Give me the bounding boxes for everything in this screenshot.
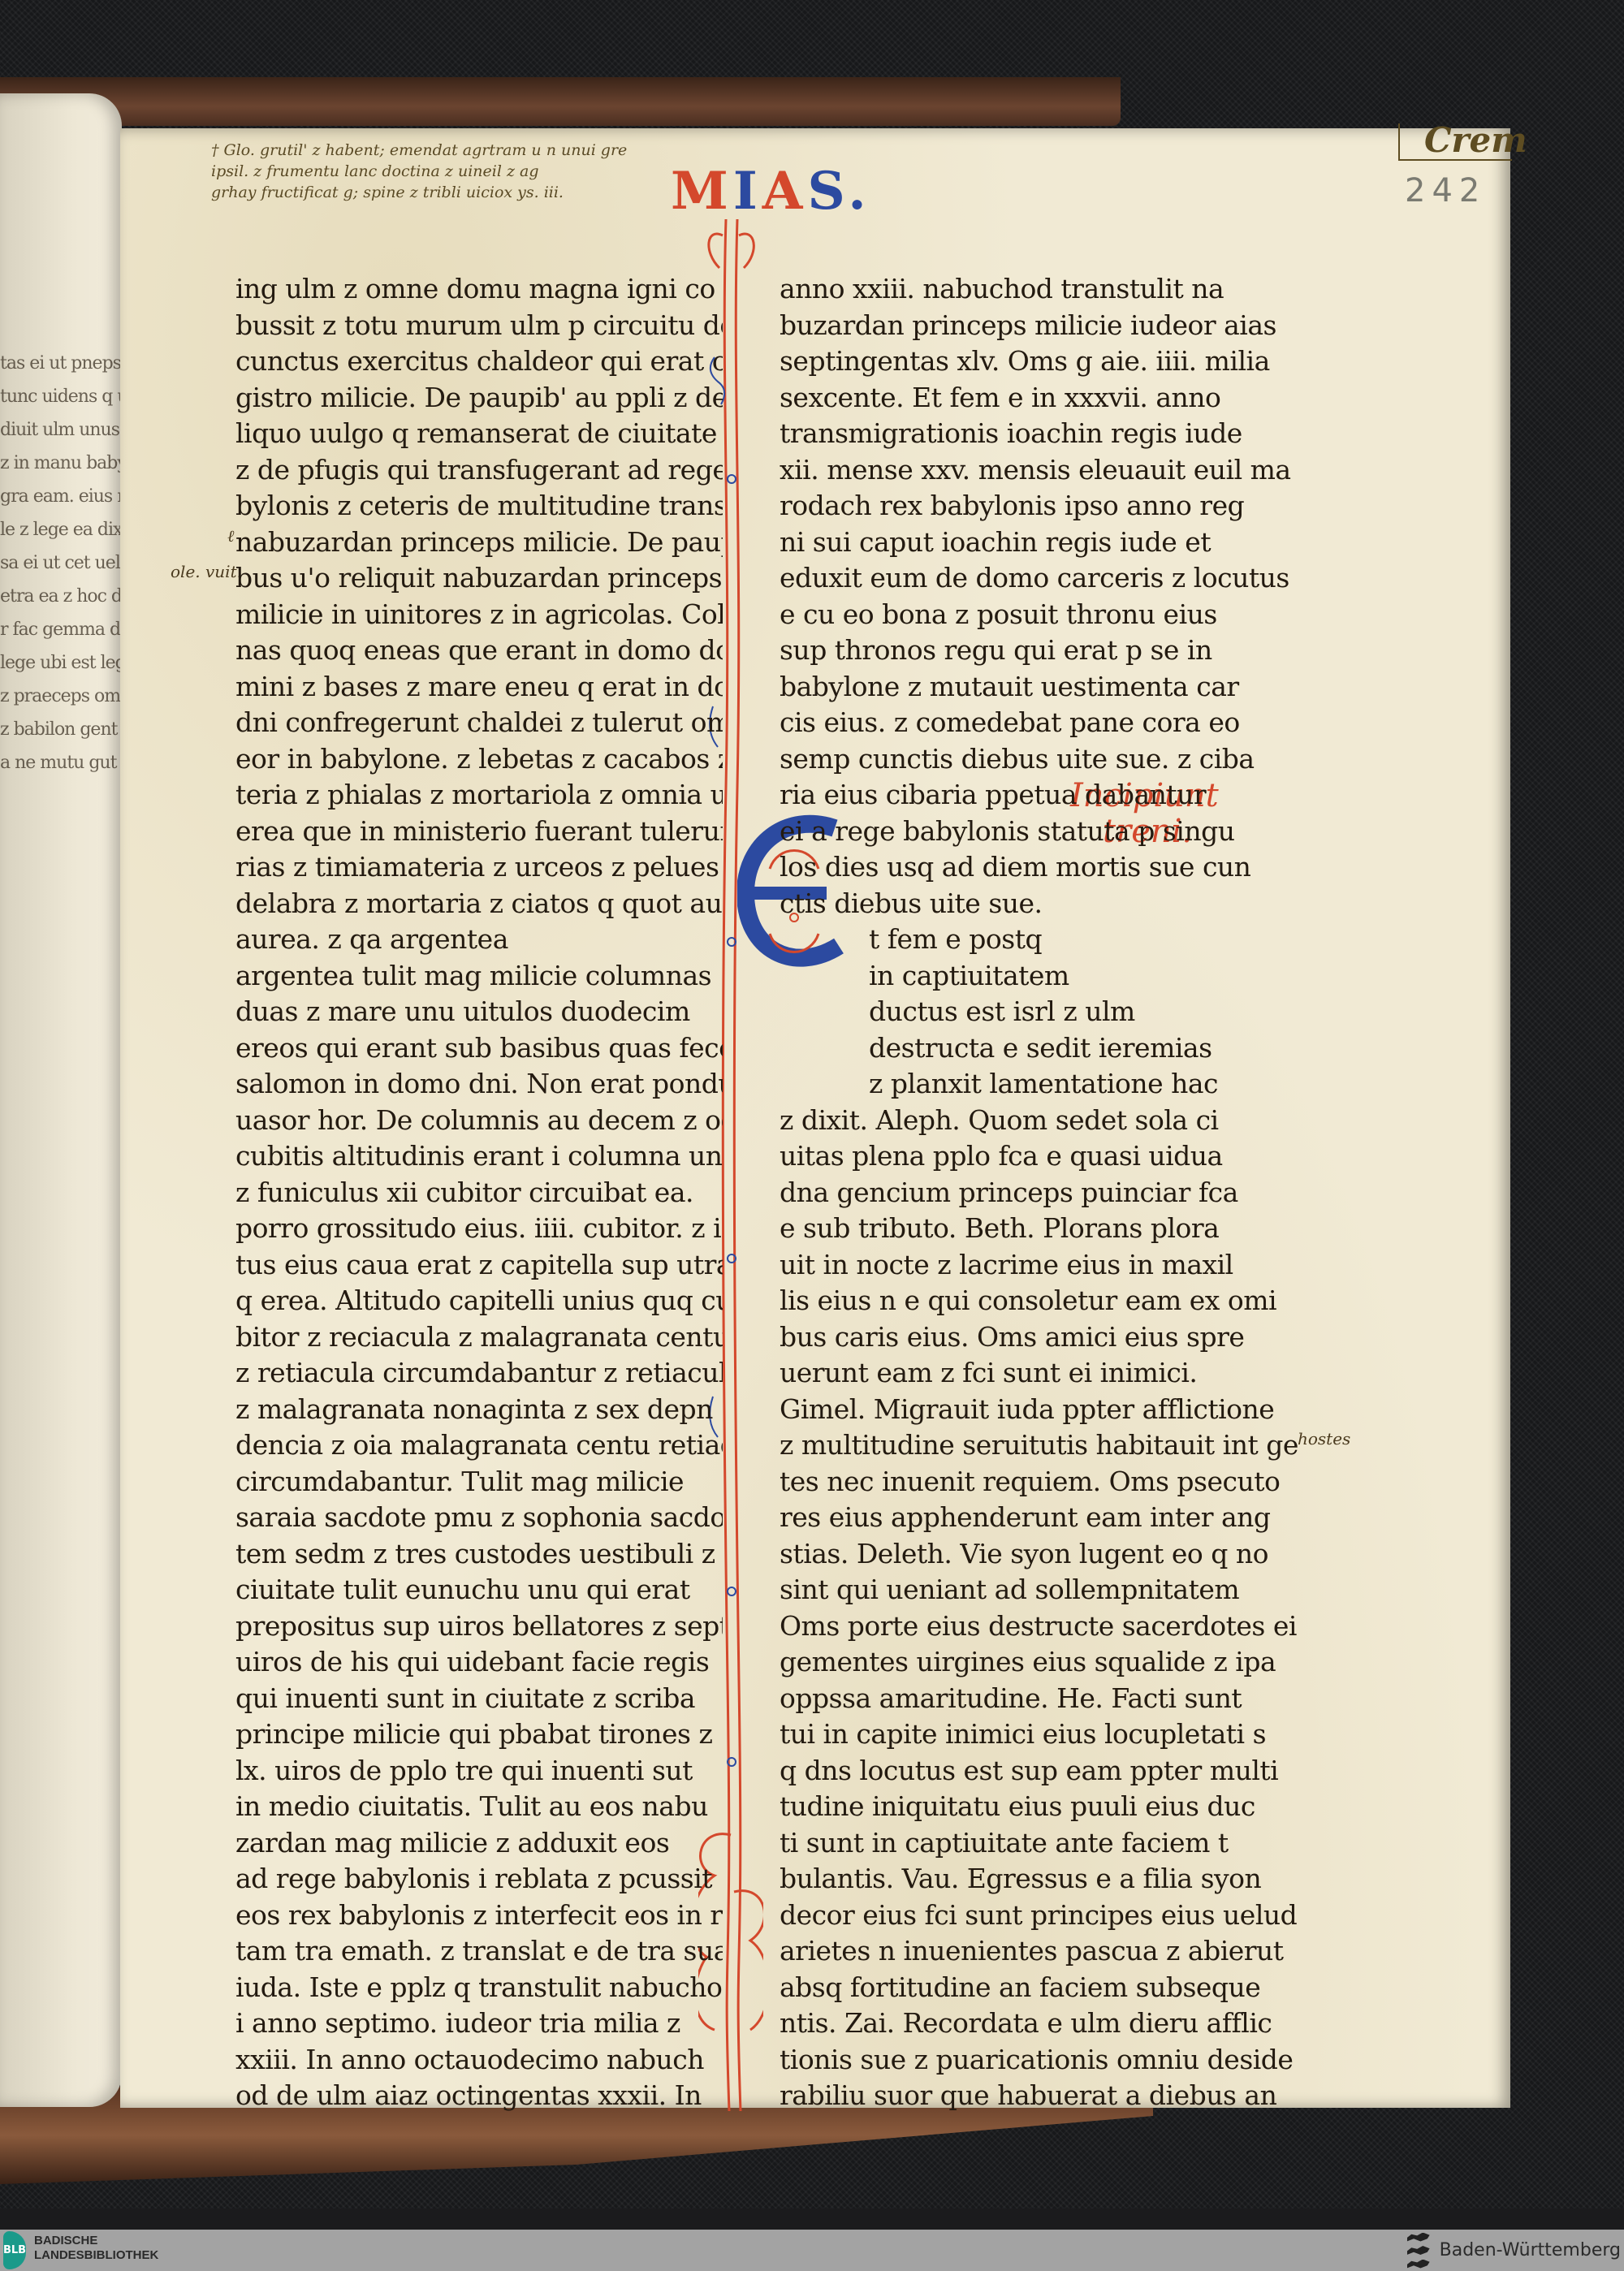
text-line: tunc uidens q uenturu xyxy=(0,386,122,414)
text-line: nabuzardan princeps milicie. De paupi xyxy=(235,525,723,561)
text-line: ing ulm z omne domu magna igni co xyxy=(235,271,723,308)
text-line: Oms porte eius destructe sacerdotes ei xyxy=(780,1608,1299,1645)
text-line: babylone z mutauit uestimenta car xyxy=(780,669,1299,706)
text-line: buzardan princeps milicie iudeor aias xyxy=(780,308,1299,344)
text-line: i anno septimo. iudeor tria milia z xyxy=(235,2005,723,2042)
text-line: stias. Deleth. Vie syon lugent eo q no xyxy=(780,1536,1299,1573)
text-line: le z lege ea dixe. D xyxy=(0,520,122,547)
text-line: z praeceps omin uxdes xyxy=(0,686,122,714)
library-name[interactable]: BADISCHE LANDESBIBLIOTHEK xyxy=(34,2234,158,2263)
text-line: aurea. z qa argentea xyxy=(235,922,723,958)
text-line: ni sui caput ioachin regis iude et xyxy=(780,525,1299,561)
text-column-right: anno xxiii. nabuchod transtulit nabuzard… xyxy=(780,271,1299,2114)
text-line: duas z mare unu uitulos duodecim xyxy=(235,994,723,1030)
text-line: erea que in ministerio fuerant tulerunt … xyxy=(235,814,723,850)
facing-page-text: tas ei ut pneps pphettunc uidens q uentu… xyxy=(0,353,122,786)
text-line: lis eius n e qui consoletur eam ex omi xyxy=(780,1283,1299,1319)
text-line: liquo uulgo q remanserat de ciuitate xyxy=(235,416,723,452)
text-line: Gimel. Migrauit iuda ppter afflictione xyxy=(780,1392,1299,1428)
text-line: eos rex babylonis z interfecit eos in re… xyxy=(235,1898,723,1934)
text-line: milicie in uinitores z in agricolas. Col… xyxy=(235,597,723,633)
viewer-footer: BLB BADISCHE LANDESBIBLIOTHEK Baden-Würt… xyxy=(0,2230,1624,2271)
shelfmark-text: Crem xyxy=(1424,120,1527,160)
text-line: z de pfugis qui transfugerant ad rege ba xyxy=(235,452,723,489)
library-name-line1: BADISCHE xyxy=(34,2234,158,2248)
text-line: in captiuitatem xyxy=(780,958,1299,995)
text-line: bus u'o reliquit nabuzardan princeps xyxy=(235,560,723,597)
text-line: saraia sacdote pmu z sophonia sacdo xyxy=(235,1500,723,1536)
text-line: e sub tributo. Beth. Plorans plora xyxy=(780,1211,1299,1247)
text-line: z dixit. Aleph. Quom sedet sola ci xyxy=(780,1103,1299,1139)
text-line: res eius apphenderunt eam inter ang xyxy=(780,1500,1299,1536)
text-line: bulantis. Vau. Egressus e a filia syon xyxy=(780,1861,1299,1898)
text-line: principe milicie qui pbabat tirones z xyxy=(235,1716,723,1753)
text-line: qui inuenti sunt in ciuitate z scriba xyxy=(235,1681,723,1717)
margin-note: ℓ xyxy=(227,526,234,546)
text-line: diuit ulm unus oia xyxy=(0,420,122,447)
text-line: uasor hor. De columnis au decem z octo xyxy=(235,1103,723,1139)
text-line: septingentas xlv. Oms g aie. iiii. milia xyxy=(780,343,1299,380)
text-line: xii. mense xxv. mensis eleuauit euil ma xyxy=(780,452,1299,489)
text-line: xxiii. In anno octauodecimo nabuch xyxy=(235,2042,723,2079)
text-line: grhay fructificat g; spine z tribli uici… xyxy=(211,182,715,203)
text-line: tas ei ut pneps pphet xyxy=(0,353,122,381)
text-line: anno xxiii. nabuchod transtulit na xyxy=(780,271,1299,308)
text-line: ipsil. z frumentu lanc doctina z uineil … xyxy=(211,161,715,182)
text-column-left: ing ulm z omne domu magna igni cobussit … xyxy=(235,271,723,2114)
leather-binding-top xyxy=(0,77,1121,126)
text-line: ductus est isrl z ulm xyxy=(780,994,1299,1030)
text-line: q dns locutus est sup eam ppter multi xyxy=(780,1753,1299,1790)
running-title-letter: I xyxy=(733,161,762,222)
three-lions-crest-icon xyxy=(1407,2233,1432,2269)
text-line: dna gencium princeps puinciar fca xyxy=(780,1175,1299,1211)
text-line: ctis diebus uite sue. xyxy=(780,886,1299,922)
text-line: z funiculus xii cubitor circuibat ea. xyxy=(235,1175,723,1211)
text-line: cubitis altitudinis erant i columna una xyxy=(235,1138,723,1175)
text-line: delabra z mortaria z ciatos q quot aurea xyxy=(235,886,723,922)
text-line: dni confregerunt chaldei z tulerut omne … xyxy=(235,705,723,741)
text-line: ria eius cibaria ppetua dabantur xyxy=(780,777,1299,814)
text-line: r fac gemma deud. xyxy=(0,620,122,647)
text-line: tudine iniquitatu eius puuli eius duc xyxy=(780,1789,1299,1825)
text-line: gra eam. eius nabis xyxy=(0,486,122,514)
text-line: cunctus exercitus chaldeor qui erat cu m… xyxy=(235,343,723,380)
running-title-letter: M xyxy=(671,161,733,222)
text-line: lege ubi est legitis xyxy=(0,653,122,680)
text-line: eduxit eum de domo carceris z locutus xyxy=(780,560,1299,597)
blb-logo-icon[interactable]: BLB xyxy=(3,2231,26,2269)
text-line: z planxit lamentatione hac xyxy=(780,1066,1299,1103)
text-line: z retiacula circumdabantur z retiacula xyxy=(235,1355,723,1392)
text-line: destructa e sedit ieremias xyxy=(780,1030,1299,1067)
text-line: decor eius fci sunt principes eius uelud xyxy=(780,1898,1299,1934)
shelfmark-label: Crem xyxy=(1398,123,1512,161)
text-line: iuda. Iste e pplz q transtulit nabuchod xyxy=(235,1970,723,2006)
text-line: teria z phialas z mortariola z omnia uas… xyxy=(235,777,723,814)
running-title: MIAS. xyxy=(671,161,871,222)
text-line: sup thronos regu qui erat p se in xyxy=(780,633,1299,669)
text-line: uiros de his qui uidebant facie regis xyxy=(235,1644,723,1681)
text-line: eor in babylone. z lebetas z cacabos z p… xyxy=(235,741,723,778)
text-line: absq fortitudine an faciem subseque xyxy=(780,1970,1299,2006)
text-line: uitas plena pplo fca e quasi uidua xyxy=(780,1138,1299,1175)
text-line: z multitudine seruitutis habitauit int g… xyxy=(780,1427,1299,1464)
text-line: od de ulm aiaz octingentas xxxii. In xyxy=(235,2078,723,2114)
text-line: uerunt eam z fci sunt ei inimici. xyxy=(780,1355,1299,1392)
text-line: uit in nocte z lacrime eius in maxil xyxy=(780,1247,1299,1284)
text-line: bitor z reciacula z malagranata centu xyxy=(235,1319,723,1356)
text-line: rias z timiamateria z urceos z pelues z … xyxy=(235,849,723,886)
text-line: rabiliu suor que habuerat a diebus an xyxy=(780,2078,1299,2114)
text-line: ei a rege babylonis statuta p singu xyxy=(780,814,1299,850)
text-line: argentea tulit mag milicie columnas xyxy=(235,958,723,995)
text-line: mini z bases z mare eneu q erat in domo xyxy=(235,669,723,706)
text-line: tem sedm z tres custodes uestibuli z de xyxy=(235,1536,723,1573)
text-line: cis eius. z comedebat pane cora eo xyxy=(780,705,1299,741)
text-line: z malagranata nonaginta z sex depn xyxy=(235,1392,723,1428)
margin-note: ole. vuit. xyxy=(171,562,242,581)
text-line: ad rege babylonis i reblata z pcussit xyxy=(235,1861,723,1898)
text-line: circumdabantur. Tulit mag milicie xyxy=(235,1464,723,1500)
text-line: ti sunt in captiuitate ante faciem t xyxy=(780,1825,1299,1862)
text-line: tus eius caua erat z capitella sup utra xyxy=(235,1247,723,1284)
text-line: lx. uiros de pplo tre qui inuenti sut xyxy=(235,1753,723,1790)
facing-page-left: tas ei ut pneps pphettunc uidens q uentu… xyxy=(0,93,122,2107)
text-line: z babilon gent babylon xyxy=(0,719,122,747)
library-name-line2: LANDESBIBLIOTHEK xyxy=(34,2248,158,2263)
text-line: porro grossitudo eius. iiii. cubitor. z … xyxy=(235,1211,723,1247)
text-line: sint qui ueniant ad sollempnitatem xyxy=(780,1572,1299,1608)
text-line: z in manu babylone. z xyxy=(0,453,122,481)
text-line: transmigrationis ioachin regis iude xyxy=(780,416,1299,452)
text-line: tui in capite inimici eius locupletati s xyxy=(780,1716,1299,1753)
margin-note: hostes xyxy=(1298,1429,1350,1449)
text-line: los dies usq ad diem mortis sue cun xyxy=(780,849,1299,886)
text-line: dencia z oia malagranata centu retiaculi… xyxy=(235,1427,723,1464)
text-line: gistro milicie. De paupib' au ppli z de … xyxy=(235,380,723,417)
text-line: t fem e postq xyxy=(780,922,1299,958)
text-line: semp cunctis diebus uite sue. z ciba xyxy=(780,741,1299,778)
folio-number: 242 xyxy=(1405,172,1486,209)
text-line: in medio ciuitatis. Tulit au eos nabu xyxy=(235,1789,723,1825)
text-line: etra ea z hoc de hoie xyxy=(0,586,122,614)
text-line: salomon in domo dni. Non erat pondus xyxy=(235,1066,723,1103)
text-line: a ne mutu gut dulus xyxy=(0,753,122,780)
text-line: e cu eo bona z posuit thronu eius xyxy=(780,597,1299,633)
text-line: † Glo. grutil' z habent; emendat agrtram… xyxy=(211,140,715,161)
text-line: ciuitate tulit eunuchu unu qui erat xyxy=(235,1572,723,1608)
text-line: bylonis z ceteris de multitudine transtu… xyxy=(235,488,723,525)
text-line: zardan mag milicie z adduxit eos xyxy=(235,1825,723,1862)
text-line: prepositus sup uiros bellatores z septe xyxy=(235,1608,723,1645)
text-line: rodach rex babylonis ipso anno reg xyxy=(780,488,1299,525)
running-title-letter: S. xyxy=(807,161,870,222)
text-line: gementes uirgines eius squalide z ipa xyxy=(780,1644,1299,1681)
text-line: sa ei ut cet uel ut xyxy=(0,553,122,581)
running-title-letter: A xyxy=(762,161,808,222)
text-line: ntis. Zai. Recordata e ulm dieru afflic xyxy=(780,2005,1299,2042)
state-name: Baden-Württemberg xyxy=(1440,2240,1621,2260)
text-line: tes nec inuenit requiem. Oms psecuto xyxy=(780,1464,1299,1500)
text-line: sexcente. Et fem e in xxxvii. anno xyxy=(780,380,1299,417)
text-line: tam tra emath. z translat e de tra sua xyxy=(235,1933,723,1970)
text-line: bussit z totu murum ulm p circuitu destr… xyxy=(235,308,723,344)
text-line: ereos qui erant sub basibus quas fecerat… xyxy=(235,1030,723,1067)
text-line: nas quoq eneas que erant in domo do xyxy=(235,633,723,669)
text-line: bus caris eius. Oms amici eius spre xyxy=(780,1319,1299,1356)
text-line: q erea. Altitudo capitelli unius quq cu xyxy=(235,1283,723,1319)
state-logo[interactable]: Baden-Württemberg xyxy=(1407,2231,1621,2269)
text-line: arietes n inuenientes pascua z abierut xyxy=(780,1933,1299,1970)
text-line: oppssa amaritudine. He. Facti sunt xyxy=(780,1681,1299,1717)
text-line: tionis sue z puaricationis omniu deside xyxy=(780,2042,1299,2079)
top-gloss: † Glo. grutil' z habent; emendat agrtram… xyxy=(211,140,715,203)
